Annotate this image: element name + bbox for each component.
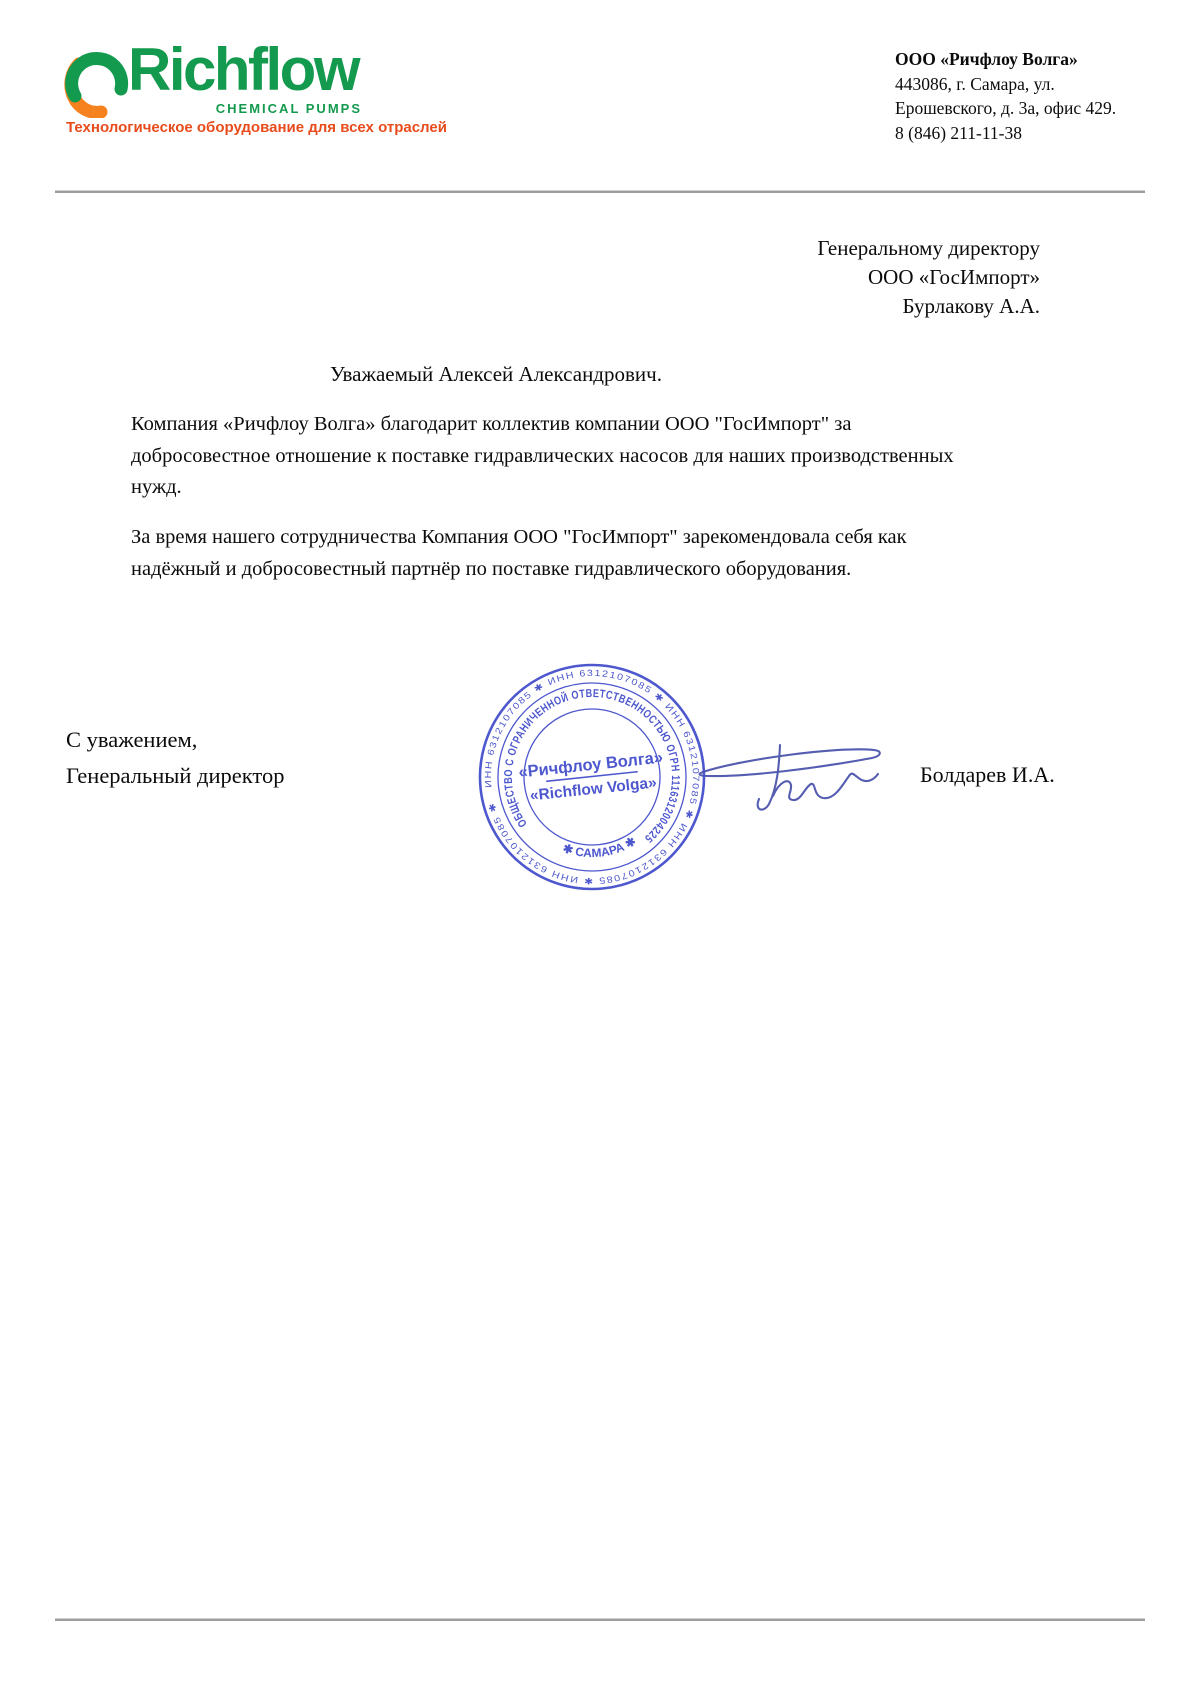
stamp-center-name-en: «Richflow Volga» [529, 774, 657, 804]
company-stamp: ИНН 6312107085 ✱ ИНН 6312107085 ✱ ИНН 63… [472, 657, 712, 897]
paragraph-1-line: Компания «Ричфлоу Волга» благодарит колл… [131, 409, 1046, 441]
signer-name: Болдарев И.А. [920, 762, 1055, 788]
paragraph-1: Компания «Ричфлоу Волга» благодарит колл… [131, 409, 1046, 504]
letter-page: Richflow CHEMICAL PUMPS Технологическое … [0, 0, 1191, 1684]
brand-tagline: Технологическое оборудование для всех от… [66, 119, 426, 136]
recipient-person: Бурлакову А.А. [817, 292, 1040, 321]
brand-wordmark: Richflow [128, 40, 358, 100]
richflow-swirl-icon [64, 48, 130, 118]
company-phone: 8 (846) 211-11-38 [895, 121, 1155, 146]
recipient-block: Генеральному директору ООО «ГосИмпорт» Б… [817, 234, 1040, 321]
paragraph-1-line: нужд. [131, 472, 1046, 504]
company-details: ООО «Ричфлоу Волга» 443086, г. Самара, у… [895, 47, 1155, 145]
header-divider [55, 190, 1145, 193]
company-name: ООО «Ричфлоу Волга» [895, 47, 1155, 72]
salutation: Уважаемый Алексей Александрович. [330, 362, 662, 387]
recipient-role: Генеральному директору [817, 234, 1040, 263]
company-address-line2: Ерошевского, д. 3а, офис 429. [895, 96, 1155, 121]
svg-text:✱ САМАРА ✱: ✱ САМАРА ✱ [560, 833, 640, 863]
signature-scribble [700, 745, 880, 810]
company-address-line1: 443086, г. Самара, ул. [895, 72, 1155, 97]
paragraph-2-line: надёжный и добросовестный партнёр по пос… [131, 554, 1046, 586]
paragraph-1-line: добросовестное отношение к поставке гидр… [131, 441, 1046, 473]
signoff-regards: С уважением, [66, 727, 197, 753]
richflow-logo: Richflow CHEMICAL PUMPS Технологическое … [64, 44, 404, 140]
brand-subtitle: CHEMICAL PUMPS [130, 101, 362, 116]
signature [690, 733, 890, 825]
signoff-title: Генеральный директор [66, 763, 284, 789]
footer-divider [55, 1618, 1145, 1621]
recipient-company: ООО «ГосИмпорт» [817, 263, 1040, 292]
paragraph-2-line: За время нашего сотрудничества Компания … [131, 522, 1046, 554]
paragraph-2: За время нашего сотрудничества Компания … [131, 522, 1046, 585]
stamp-city-text: ✱ САМАРА ✱ [560, 833, 640, 863]
